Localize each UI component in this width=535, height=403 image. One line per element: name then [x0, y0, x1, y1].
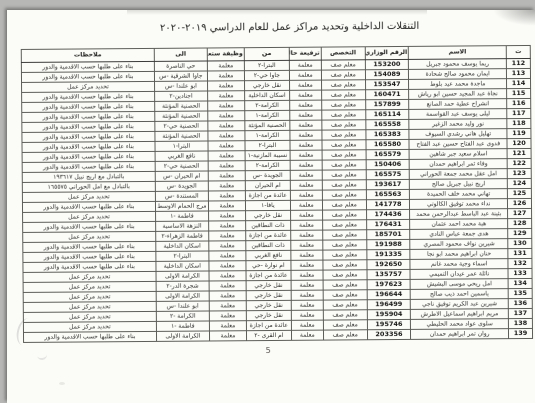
- cell: معلم صف: [323, 270, 367, 280]
- cell: مرج الحمام الاوسط: [155, 201, 208, 211]
- cell: ام نوارة -حي: [246, 260, 291, 270]
- page-number: 5: [258, 346, 278, 355]
- cell: 126: [508, 198, 532, 208]
- cell: 165563: [366, 189, 410, 199]
- cell: 136: [508, 298, 532, 308]
- cell: معلمة: [208, 221, 245, 231]
- cell: معلم صف: [321, 70, 365, 80]
- cell: 196499: [367, 299, 411, 309]
- cell: 113: [507, 68, 531, 78]
- column-header: ت: [506, 45, 530, 58]
- cell: معلم صف: [323, 230, 367, 240]
- cell: فاطمة الزهراء-٢: [156, 231, 209, 241]
- cell: عائدة من اجازة: [246, 320, 291, 330]
- cell: معلم صف: [322, 140, 366, 150]
- cell: البترا-٢: [245, 140, 290, 150]
- cell: معلمة: [291, 260, 323, 270]
- cell: 195746: [367, 319, 411, 329]
- cell: معلمة: [208, 171, 245, 181]
- cell: 141778: [366, 199, 410, 209]
- cell: معلم صف: [323, 290, 367, 300]
- column-header: الرقم الوزاري: [365, 46, 409, 59]
- cell: معلمة: [208, 161, 245, 171]
- cell: معلمة: [209, 291, 246, 301]
- cell: 115: [507, 88, 531, 98]
- cell: معلم صف: [322, 180, 366, 190]
- cell: 176431: [366, 219, 410, 229]
- cell: 131: [508, 248, 532, 258]
- transfers-table: تالاسمالرقم الوزاريالتخصصترفيعة حاليةمنو…: [21, 45, 533, 343]
- cell: 191335: [366, 249, 410, 259]
- cell: نسيبة المازنية-١: [245, 150, 290, 160]
- cell: معلمة: [290, 220, 322, 230]
- column-header: وظيفة ستعين اليها: [207, 48, 244, 61]
- cell: معلمة: [290, 110, 322, 120]
- cell: معلمة: [291, 310, 323, 320]
- cell: 135757: [367, 269, 411, 279]
- cell: معلمة: [208, 151, 245, 161]
- cell: جاوا حي-٢: [244, 70, 289, 80]
- cell: ذات النطاقين: [246, 240, 291, 250]
- cell: معلم صف: [323, 240, 367, 250]
- cell: معلمة: [209, 301, 246, 311]
- cell: نافع الغربي: [246, 250, 291, 260]
- cell: معلمة: [209, 281, 246, 291]
- cell: 154089: [365, 69, 409, 79]
- cell: معلمة: [290, 150, 322, 160]
- cell: اسكان الداخلية: [156, 261, 209, 271]
- cell: ام الحيران -س: [155, 171, 208, 181]
- cell: يافا-١: [245, 200, 290, 210]
- cell: 153200: [365, 59, 409, 69]
- cell: معلمة: [209, 331, 246, 341]
- cell: معلمة: [209, 321, 246, 331]
- cell: معلمة: [208, 181, 245, 191]
- cell: معلمة: [289, 90, 321, 100]
- column-header: ملاحظات: [21, 48, 154, 62]
- cell: معلم صف: [323, 300, 367, 310]
- cell: الكرامة-١: [245, 110, 290, 120]
- cell: نقل خارجي: [246, 310, 291, 320]
- cell: معلم صف: [322, 200, 366, 210]
- cell: معلمة: [208, 211, 245, 221]
- cell: 116: [507, 98, 531, 108]
- cell: معلم صف: [323, 320, 367, 330]
- cell: معلم صف: [323, 250, 367, 260]
- cell: معلمة: [208, 111, 245, 121]
- cell: الحصنية المؤنثة: [155, 101, 208, 111]
- cell: معلم صف: [323, 280, 367, 290]
- cell: جاوا الشرقية -س: [154, 71, 207, 81]
- cell: 132: [508, 258, 532, 268]
- cell: معلم صف: [321, 100, 365, 110]
- cell: ام القرى -٢: [246, 330, 291, 340]
- cell: معلم صف: [321, 60, 365, 70]
- cell: معلم صف: [322, 190, 366, 200]
- cell: عائدة من اجازة: [246, 230, 291, 240]
- cell: نقل خارجي: [246, 300, 291, 310]
- cell: معلمة: [207, 71, 244, 81]
- cell: 165558: [365, 119, 409, 129]
- cell: 135: [508, 288, 532, 298]
- column-header: ترفيعة حالية: [289, 47, 321, 60]
- cell: معلم صف: [322, 120, 366, 130]
- cell: 119: [507, 128, 531, 138]
- cell: معلمة: [209, 231, 246, 241]
- cell: 130: [508, 238, 532, 248]
- cell: معلمة: [208, 201, 245, 211]
- column-header: الى: [154, 48, 207, 61]
- cell: 196644: [367, 289, 411, 299]
- cell: المستندة -س: [155, 191, 208, 201]
- cell: 122: [507, 158, 531, 168]
- cell: معلمة: [291, 320, 323, 330]
- cell: حي الناصرة: [154, 61, 207, 71]
- cell: 114: [507, 78, 531, 88]
- cell: معلم صف: [323, 330, 367, 340]
- cell: معلمة: [209, 241, 246, 251]
- cell: ابو علندا -س: [156, 301, 209, 311]
- cell: معلمة: [290, 160, 322, 170]
- cell: 112: [506, 58, 530, 68]
- cell: نقل خارجي: [246, 210, 291, 220]
- cell: معلمة: [290, 120, 322, 130]
- cell: عائدة من اجازة: [245, 190, 290, 200]
- cell: البترا-١: [155, 141, 208, 151]
- cell: معلمة: [208, 121, 245, 131]
- cell: 195904: [367, 309, 411, 319]
- cell: معلمة: [291, 300, 323, 310]
- cell: معلمة: [209, 251, 246, 261]
- cell: الكرامة-١: [245, 130, 290, 140]
- cell: 157899: [365, 99, 409, 109]
- cell: معلمة: [207, 101, 244, 111]
- cell: 174436: [366, 209, 410, 219]
- cell: الكرامة-٢: [245, 100, 290, 110]
- cell: الكرامة الاولى: [156, 331, 209, 341]
- cell: 121: [507, 148, 531, 158]
- cell: معلمة: [290, 190, 322, 200]
- cell: 150406: [366, 159, 410, 169]
- cell: اسكان الداخلية: [245, 90, 290, 100]
- cell: معلمة: [209, 261, 246, 271]
- cell: اجنادين-٢: [154, 91, 207, 101]
- cell: معلمة: [291, 250, 323, 260]
- cell: البترا-٢: [244, 60, 289, 70]
- cell: معلمة: [207, 81, 244, 91]
- document-title: التنقلات الداخلية وتحديد مراكز عمل للعام…: [104, 20, 476, 34]
- cell: 120: [507, 138, 531, 148]
- cell: الجويدة -س: [155, 181, 208, 191]
- cell: اسكان الداخلية: [156, 241, 209, 251]
- column-header: التخصص: [321, 47, 365, 60]
- cell: معلم صف: [321, 80, 365, 90]
- cell: معلم صف: [322, 160, 366, 170]
- cell: الجويدة -س: [245, 170, 290, 180]
- cell: 123: [507, 168, 531, 178]
- cell: معلم صف: [322, 150, 366, 160]
- cell: الكرامة الاولى: [156, 271, 209, 281]
- cell: روان تمر ابراهيم حمدان: [411, 329, 509, 340]
- cell: معلمة: [291, 330, 323, 340]
- cell: الكرامة -٢: [156, 311, 209, 321]
- cell: 197623: [367, 279, 411, 289]
- pencil-mark: [59, 382, 65, 385]
- cell: معلمة: [290, 200, 322, 210]
- cell: معلمة: [290, 230, 322, 240]
- table-body: 112ريما يوسف محمود جبريل153200معلم صفمعل…: [21, 58, 532, 342]
- cell: معلمة: [290, 210, 322, 220]
- cell: معلم صف: [322, 110, 366, 120]
- cell: معلمة: [289, 100, 321, 110]
- cell: 125: [507, 188, 531, 198]
- cell: معلمة: [208, 141, 245, 151]
- cell: 137: [508, 308, 532, 318]
- cell: معلمة: [290, 140, 322, 150]
- cell: معلمة: [208, 131, 245, 141]
- cell: فاطمة -١: [155, 211, 208, 221]
- cell: 124: [507, 178, 531, 188]
- cell: معلمة: [291, 270, 323, 280]
- column-header: من: [244, 47, 289, 60]
- cell: النزهة الاساسية: [156, 221, 209, 231]
- cell: معلمة: [207, 91, 244, 101]
- cell: ام الحيران: [245, 180, 290, 190]
- cell: الحصنية حي-٢: [155, 161, 208, 171]
- cell: معلمة: [289, 80, 321, 90]
- cell: معلمة: [207, 61, 244, 71]
- cell: معلمة: [289, 60, 321, 70]
- cell: البترا-٢: [156, 251, 209, 261]
- cell: معلم صف: [323, 260, 367, 270]
- cell: 129: [508, 228, 532, 238]
- cell: معلم صف: [322, 220, 366, 230]
- cell: 165575: [366, 169, 410, 179]
- cell: معلمة: [291, 280, 323, 290]
- cell: بناء على طلبها حسب الاقدمية والدور: [23, 331, 156, 342]
- cell: 127: [508, 208, 532, 218]
- cell: معلم صف: [322, 130, 366, 140]
- cell: 165114: [365, 109, 409, 119]
- cell: 128: [508, 218, 532, 228]
- cell: ذات النطاقين: [246, 220, 291, 230]
- cell: معلمة: [208, 191, 245, 201]
- cell: 133: [508, 268, 532, 278]
- cell: الحصنية المؤنثة: [245, 120, 290, 130]
- cell: معلمة: [290, 130, 322, 140]
- cell: 134: [508, 278, 532, 288]
- cell: معلمة: [291, 240, 323, 250]
- page-content: التنقلات الداخلية وتحديد مراكز عمل للعام…: [5, 8, 535, 403]
- cell: الحصنية حي-٢: [155, 121, 208, 131]
- cell: الكرامة الاولى: [156, 291, 209, 301]
- cell: 118: [507, 118, 531, 128]
- cell: نافع الغربي: [155, 151, 208, 161]
- cell: 193617: [366, 179, 410, 189]
- cell: الحصنية المؤنثة: [155, 111, 208, 121]
- cell: 185701: [366, 229, 410, 239]
- cell: 165580: [366, 139, 410, 149]
- cell: ابو علندا -س: [154, 81, 207, 91]
- cell: 191988: [366, 239, 410, 249]
- cell: نقل خارجي: [244, 80, 289, 90]
- cell: 165383: [365, 129, 409, 139]
- cell: معلمة: [291, 290, 323, 300]
- cell: معلمة: [209, 311, 246, 321]
- cell: معلمة: [209, 271, 246, 281]
- cell: معلمة: [290, 170, 322, 180]
- column-header: الاسم: [409, 46, 507, 60]
- cell: الكرامة-٢: [245, 160, 290, 170]
- cell: 117: [507, 108, 531, 118]
- cell: معلم صف: [322, 210, 366, 220]
- cell: معلمة: [289, 70, 321, 80]
- cell: 138: [508, 318, 532, 328]
- cell: معلم صف: [322, 170, 366, 180]
- cell: 160471: [365, 89, 409, 99]
- cell: معلم صف: [321, 90, 365, 100]
- cell: معلم صف: [323, 310, 367, 320]
- cell: 153547: [365, 79, 409, 89]
- cell: نقل خارجي: [246, 290, 291, 300]
- cell: شجرة الدر-٢: [156, 281, 209, 291]
- cell: عائدة من اجازة: [246, 270, 291, 280]
- cell: 203356: [367, 329, 411, 339]
- document-page: التنقلات الداخلية وتحديد مراكز عمل للعام…: [7, 10, 535, 403]
- cell: معلمة: [290, 180, 322, 190]
- cell: نقل خارجي: [246, 280, 291, 290]
- cell: 165579: [366, 149, 410, 159]
- cell: الحصنية المؤنثة: [155, 131, 208, 141]
- scanned-document: { "page": { "title": "التنقلات الداخلية …: [0, 0, 535, 403]
- cell: فاطمة -١: [156, 321, 209, 331]
- cell: 139: [509, 328, 533, 338]
- cell: 192650: [367, 259, 411, 269]
